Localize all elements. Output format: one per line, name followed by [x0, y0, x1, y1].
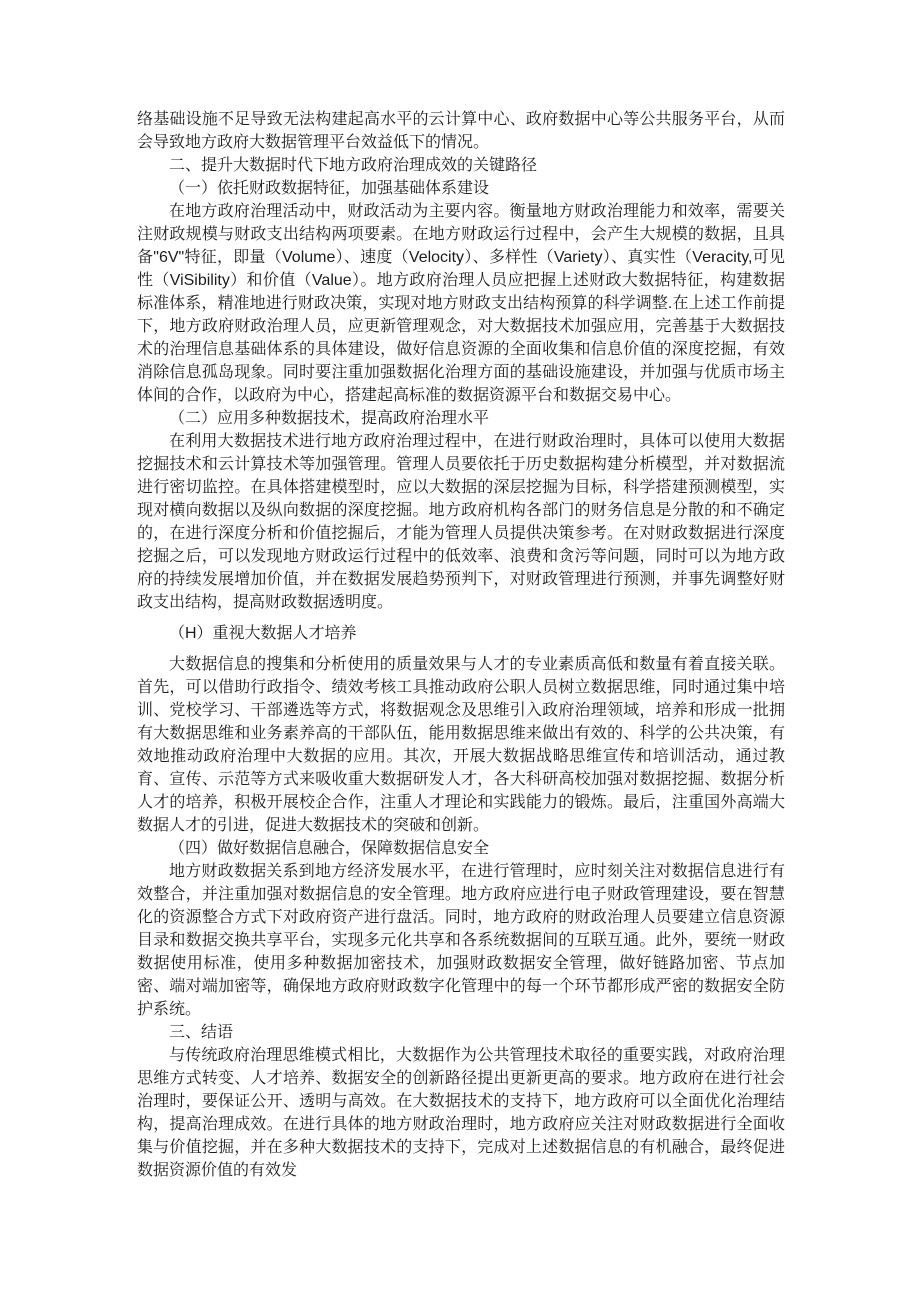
- conclusion-paragraph: 与传统政府治理思维模式相比，大数据作为公共管理技术取径的重要实践，对政府治理思维…: [137, 1044, 785, 1182]
- subsection-heading-2: （二）应用多种数据技术，提高政府治理水平: [137, 407, 785, 430]
- subsection-2-paragraph: 在利用大数据技术进行地方政府治理过程中，在进行财政治理时，具体可以使用大数据挖掘…: [137, 430, 785, 614]
- subsection-heading-4: （四）做好数据信息融合，保障数据信息安全: [137, 837, 785, 860]
- section-heading-2: 二、提升大数据时代下地方政府治理成效的关键路径: [137, 154, 785, 177]
- subsection-heading-1: （一）依托财政数据特征，加强基础体系建设: [137, 177, 785, 200]
- subsection-3-paragraph: 大数据信息的搜集和分析使用的质量效果与人才的专业素质高低和数量有着直接关联。首先…: [137, 653, 785, 837]
- subsection-4-paragraph: 地方财政数据关系到地方经济发展水平，在进行管理时，应时刻关注对数据信息进行有效整…: [137, 860, 785, 1021]
- overflow-paragraph: 络基础设施不足导致无法构建起高水平的云计算中心、政府数据中心等公共服务平台，从而…: [137, 108, 785, 154]
- subsection-heading-3: （H）重视大数据人才培养: [137, 622, 785, 645]
- subsection-1-paragraph: 在地方政府治理活动中，财政活动为主要内容。衡量地方财政治理能力和效率，需要关注财…: [137, 200, 785, 407]
- conclusion-heading: 三、结语: [137, 1021, 785, 1044]
- document-page: 络基础设施不足导致无法构建起高水平的云计算中心、政府数据中心等公共服务平台，从而…: [137, 108, 785, 1182]
